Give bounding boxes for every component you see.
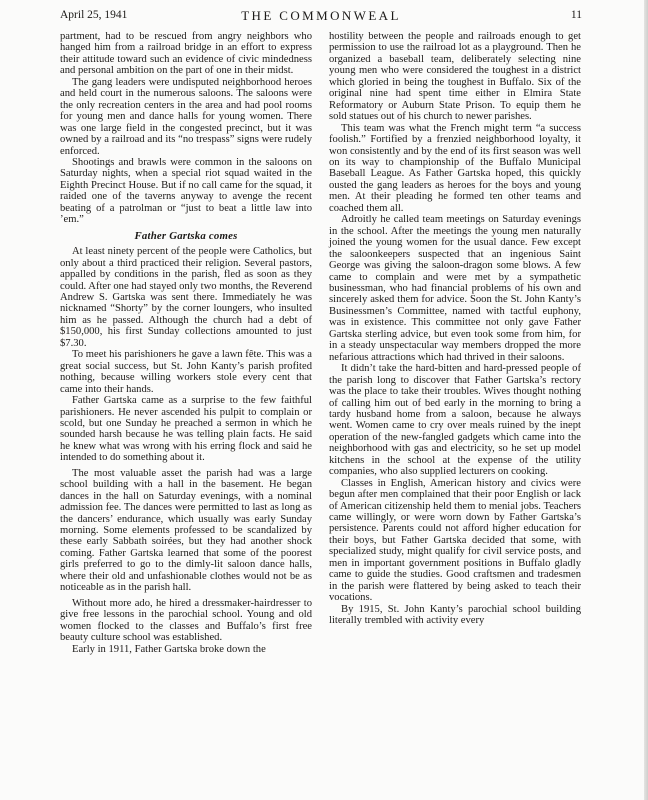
paragraph: At least ninety percent of the people we…: [60, 246, 312, 349]
paragraph: Classes in English, American history and…: [329, 478, 581, 604]
running-header: April 25, 1941 THE COMMONWEAL 11: [60, 8, 582, 26]
right-column: hostility between the people and railroa…: [329, 31, 581, 627]
left-column: partment, had to be rescued from angry n…: [60, 31, 312, 655]
paragraph: The gang leaders were undisputed neighbo…: [60, 77, 312, 157]
paragraph: To meet his parishioners he gave a lawn …: [60, 349, 312, 395]
paragraph: Without more ado, he hired a dressmaker-…: [60, 598, 312, 644]
page-edge-shadow: [644, 0, 648, 800]
page-number: 11: [571, 9, 582, 21]
publication-title: THE COMMONWEAL: [60, 8, 582, 24]
paragraph: Shootings and brawls were common in the …: [60, 157, 312, 226]
paragraph: The most valuable asset the parish had w…: [60, 468, 312, 594]
paragraph: hostility between the people and railroa…: [329, 31, 581, 123]
magazine-page: April 25, 1941 THE COMMONWEAL 11 partmen…: [0, 0, 644, 800]
section-subheading: Father Gartska comes: [60, 231, 312, 242]
paragraph: It didn’t take the hard-bitten and hard-…: [329, 363, 581, 478]
paragraph: Father Gartska came as a surprise to the…: [60, 395, 312, 464]
paragraph: This team was what the French might term…: [329, 123, 581, 215]
paragraph: Early in 1911, Father Gartska broke down…: [60, 644, 312, 655]
paragraph: By 1915, St. John Kanty’s parochial scho…: [329, 604, 581, 627]
paragraph: partment, had to be rescued from angry n…: [60, 31, 312, 77]
paragraph: Adroitly he called team meetings on Satu…: [329, 214, 581, 363]
